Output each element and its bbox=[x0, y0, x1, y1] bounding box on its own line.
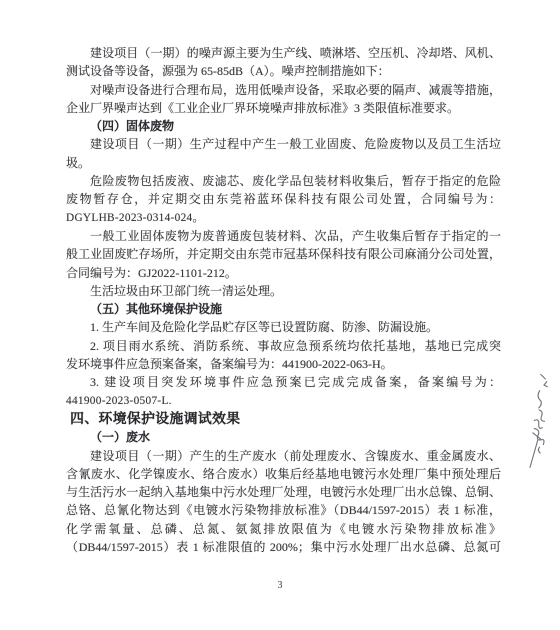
contract-number-line: 合同编号为：GJ2022-1101-212。 bbox=[66, 264, 501, 282]
section-heading: （四）固体废物 bbox=[66, 117, 501, 135]
text-line: 建设项目（一期）产生的生产废水（前处理废水、含镍废水、重金属废水、 bbox=[66, 447, 501, 465]
contract-number-line: DGYLHB-2023-0314-024。 bbox=[66, 209, 501, 227]
list-item: 3. 建设项目突发环境事件应急预案已完成完成备案，备案编号为： bbox=[66, 373, 501, 391]
record-number-line: 441900-2023-0507-L. bbox=[66, 392, 501, 410]
text-line: 般工业固废贮存场所，并定期交由东莞市冠基环保科技有限公司麻涌分公司处置， bbox=[66, 245, 501, 263]
text-line: 废物暂存仓，并定期交由东莞裕蓝环保科技有限公司处置，合同编号为： bbox=[66, 190, 501, 208]
text-line: 危险废物包括废液、废滤芯、废化学品包装材料收集后，暂存于指定的危险 bbox=[66, 172, 501, 190]
text-line: 化学需氧量、总磷、总氮、氨氮排放限值为《电镀水污染物排放标准》 bbox=[66, 520, 501, 538]
text-line: 圾。 bbox=[66, 154, 501, 172]
text-line: 对噪声设备进行合理布局，选用低噪声设备，采取必要的隔声、减震等措施， bbox=[66, 81, 501, 99]
text-block: 建设项目（一期）的噪声源主要为生产线、喷淋塔、空压机、冷却塔、风机、 测试设备等… bbox=[66, 44, 501, 556]
text-line: 企业厂界噪声达到《工业企业厂界环境噪声排放标准》3 类限值标准要求。 bbox=[66, 99, 501, 117]
handwritten-margin-note bbox=[514, 368, 560, 484]
text-line: 建设项目（一期）生产过程中产生一般工业固废、危险废物以及员工生活垃 bbox=[66, 135, 501, 153]
section-heading: （五）其他环境保护设施 bbox=[66, 300, 501, 318]
text-line: 测试设备等设备，源强为 65-85dB（A）。噪声控制措施如下： bbox=[66, 62, 501, 80]
text-line: 生活垃圾由环卫部门统一清运处理。 bbox=[66, 282, 501, 300]
text-line: 发环境事件应急预案备案，备案编号为：441900-2022-063-H。 bbox=[66, 355, 501, 373]
document-page: 建设项目（一期）的噪声源主要为生产线、喷淋塔、空压机、冷却塔、风机、 测试设备等… bbox=[0, 0, 560, 630]
list-item: 1. 生产车间及危险化学品贮存区等已设置防腐、防渗、防漏设施。 bbox=[66, 318, 501, 336]
page-number: 3 bbox=[0, 580, 560, 591]
text-line: 一般工业固体废物为废普通废包装材料、次品，产生收集后暂存于指定的一 bbox=[66, 227, 501, 245]
text-line: （DB44/1597-2015）表 1 标准限值的 200%；集中污水处理厂出水… bbox=[66, 538, 501, 556]
text-line: 总铬、总氰化物达到《电镀水污染物排放标准》（DB44/1597-2015）表 1… bbox=[66, 501, 501, 519]
text-line: 建设项目（一期）的噪声源主要为生产线、喷淋塔、空压机、冷却塔、风机、 bbox=[66, 44, 501, 62]
text-line: 含氰废水、化学镍废水、络合废水）收集后经基地电镀污水处理厂集中预处理后 bbox=[66, 465, 501, 483]
chapter-heading: 四、环境保护设施调试效果 bbox=[66, 410, 501, 428]
section-heading: （一）废水 bbox=[66, 428, 501, 446]
list-item: 2. 项目雨水系统、消防系统、事故应急预系统均依托基地，基地已完成突 bbox=[66, 337, 501, 355]
text-line: 与生活污水一起纳入基地集中污水处理厂处理，电镀污水处理厂出水总镍、总铜、 bbox=[66, 483, 501, 501]
